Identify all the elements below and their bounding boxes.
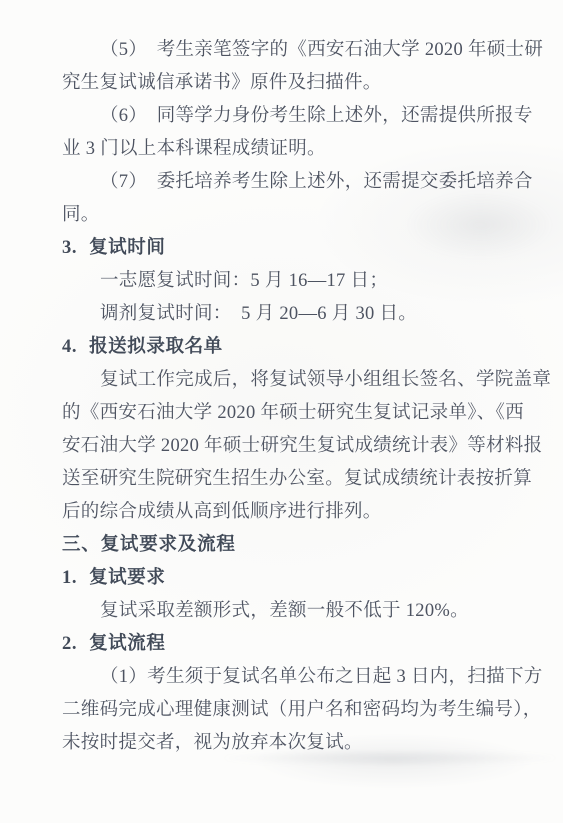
heading-label: 复试要求 (89, 568, 165, 588)
heading-number: 3. (62, 232, 77, 265)
text-line-review-ratio: 复试采取差额形式，差额一般不低于 120%。 (62, 595, 517, 628)
text-line-adjustment-review-time: 调剂复试时间： 5 月 20—6 月 30 日。 (62, 298, 517, 331)
text-line-item-6-part2: 业 3 门以上本科课程成绩证明。 (62, 133, 517, 166)
text-line-admission-para-3: 安石油大学 2020 年硕士研究生复试成绩统计表》等材料报 (62, 430, 517, 463)
heading-label: 报送拟录取名单 (89, 337, 223, 357)
document-page: （5） 考生亲笔签字的《西安石油大学 2020 年硕士研 究生复试诚信承诺书》原… (62, 34, 517, 760)
heading-number: 2. (62, 628, 77, 661)
text-line-item-6-part1: （6） 同等学力身份考生除上述外，还需提供所报专 (62, 100, 517, 133)
text-line-admission-para-2: 的《西安石油大学 2020 年硕士研究生复试记录单》、《西 (62, 397, 517, 430)
text-line-admission-para-4: 送至研究生院研究生招生办公室。复试成绩统计表按折算 (62, 463, 517, 496)
heading-number: 1. (62, 562, 77, 595)
text-line-process-step1-part1: （1）考生须于复试名单公布之日起 3 日内，扫描下方 (62, 661, 517, 694)
heading-label: 复试流程 (89, 634, 165, 654)
text-line-process-step1-part2: 二维码完成心理健康测试（用户名和密码均为考生编号）， (62, 694, 517, 727)
heading-label: 复试时间 (89, 238, 165, 258)
text-line-first-choice-review-time: 一志愿复试时间：5 月 16—17 日； (62, 265, 517, 298)
text-line-admission-para-1: 复试工作完成后，将复试领导小组组长签名、学院盖章 (62, 364, 517, 397)
text-line-admission-para-5: 后的综合成绩从高到低顺序进行排列。 (62, 496, 517, 529)
heading-review-time: 3.复试时间 (62, 232, 517, 265)
text-line-process-step1-part3: 未按时提交者，视为放弃本次复试。 (62, 727, 517, 760)
heading-review-process: 2.复试流程 (62, 628, 517, 661)
text-line-item-5-part2: 究生复试诚信承诺书》原件及扫描件。 (62, 67, 517, 100)
text-line-item-7-part2: 同。 (62, 199, 517, 232)
section-heading-review-requirements-process: 三、复试要求及流程 (62, 529, 517, 562)
heading-number: 4. (62, 331, 77, 364)
heading-review-requirements: 1.复试要求 (62, 562, 517, 595)
text-line-item-7-part1: （7） 委托培养考生除上述外，还需提交委托培养合 (62, 166, 517, 199)
text-line-item-5-part1: （5） 考生亲笔签字的《西安石油大学 2020 年硕士研 (62, 34, 517, 67)
heading-submit-admission-list: 4.报送拟录取名单 (62, 331, 517, 364)
